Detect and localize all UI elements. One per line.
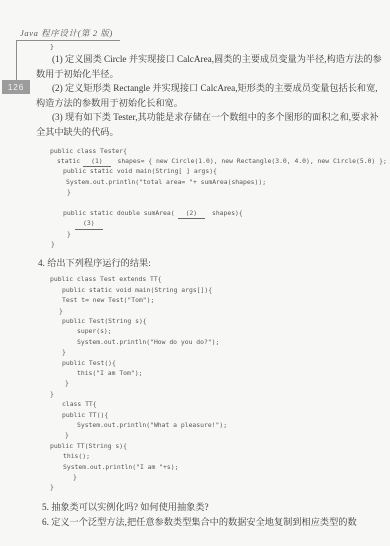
code-line: } bbox=[50, 187, 376, 197]
code-text: System.out.println("I am "+s); bbox=[63, 463, 178, 471]
code-line: System.out.println("What a pleasure!"); bbox=[50, 420, 376, 430]
fill-in-blank: (2) bbox=[178, 208, 206, 219]
code-line: (3) bbox=[50, 218, 376, 228]
code-line: } bbox=[50, 378, 376, 388]
code-line: public static void main(String args[]){ bbox=[50, 285, 376, 295]
code-line: public static void main(String[ ] args){ bbox=[50, 166, 376, 176]
paragraph-line: 数用于初始化半径。 bbox=[36, 67, 376, 82]
code-line: super(s); bbox=[50, 326, 376, 336]
header-rule bbox=[17, 40, 120, 41]
code-text: } bbox=[73, 473, 77, 481]
code-text: public Test(){ bbox=[62, 359, 116, 367]
questions-list: 5. 抽象类可以实例化吗? 如何使用抽象类?6. 定义一个泛型方法,把任意参数类… bbox=[36, 500, 376, 531]
code-text: } bbox=[51, 240, 55, 248]
code-text: public Test(String s){ bbox=[62, 317, 147, 325]
code-line: static(1) shapes= { new Circle(1.0), new… bbox=[50, 156, 376, 166]
code-text: } bbox=[65, 379, 69, 387]
orphan-closing-brace: } bbox=[36, 42, 376, 52]
code-text: } bbox=[50, 483, 54, 491]
code-line: } bbox=[50, 229, 376, 239]
code-line: class TT{ bbox=[50, 399, 376, 409]
code-text: public class Test extends TT{ bbox=[50, 275, 162, 283]
paragraph-line: 构造方法的参数用于初始化长和宽。 bbox=[36, 96, 376, 111]
page-number-badge: 126 bbox=[2, 80, 30, 94]
code-text: this(); bbox=[63, 452, 90, 460]
question-line: 5. 抽象类可以实例化吗? 如何使用抽象类? bbox=[36, 500, 376, 516]
code-text: } bbox=[67, 188, 71, 196]
code-text: } bbox=[65, 431, 69, 439]
paragraph-line: (1) 定义圆类 Circle 并实现接口 CalcArea,圆类的主要成员变量… bbox=[36, 52, 376, 67]
code-line: } bbox=[50, 347, 376, 357]
code-line: } bbox=[50, 306, 376, 316]
code-line: public class Test extends TT{ bbox=[50, 274, 376, 284]
exercise-paragraphs: (1) 定义圆类 Circle 并实现接口 CalcArea,圆类的主要成员变量… bbox=[36, 52, 376, 140]
code-line: } bbox=[50, 472, 376, 482]
code-text: System.out.println("total area= "+ sumAr… bbox=[66, 178, 266, 186]
code-line: public TT(){ bbox=[50, 410, 376, 420]
code-line: this("I am Tom"); bbox=[50, 368, 376, 378]
margin-rule bbox=[16, 40, 17, 80]
paragraph-line: 全其中缺失的代码。 bbox=[36, 125, 376, 140]
code-text: } bbox=[67, 230, 71, 238]
code-line: public class Tester{ bbox=[50, 146, 376, 156]
code-line bbox=[50, 198, 376, 208]
code-line: } bbox=[50, 239, 376, 249]
code-text: System.out.println("What a pleasure!"); bbox=[77, 421, 227, 429]
code-text: Test t= new Test("Tom"); bbox=[62, 296, 154, 304]
code-text: } bbox=[59, 307, 63, 315]
code-line: } bbox=[50, 389, 376, 399]
code-block-tester: public class Tester{static(1) shapes= { … bbox=[36, 146, 376, 250]
code-line: public Test(){ bbox=[50, 358, 376, 368]
code-line: } bbox=[50, 482, 376, 492]
page-header-title: Java 程序设计(第 2 版) bbox=[20, 27, 113, 39]
code-line: System.out.println("How do you do?"); bbox=[50, 337, 376, 347]
code-text: class TT{ bbox=[62, 400, 97, 408]
code-text: this("I am Tom"); bbox=[77, 369, 142, 377]
code-text: shapes){ bbox=[208, 209, 243, 217]
code-line: public TT(String s){ bbox=[50, 441, 376, 451]
paragraph-line: (2) 定义矩形类 Rectangle 并实现接口 CalcArea,矩形类的主… bbox=[36, 81, 376, 96]
textbook-page: Java 程序设计(第 2 版) 126 } (1) 定义圆类 Circle 并… bbox=[0, 0, 390, 546]
code-line: System.out.println("total area= "+ sumAr… bbox=[50, 177, 376, 187]
paragraph-line: (3) 现有如下类 Tester,其功能是求存储在一个数组中的多个图形的面积之和… bbox=[36, 110, 376, 125]
code-text: public TT(){ bbox=[62, 411, 108, 419]
code-text: } bbox=[50, 390, 54, 398]
page-content: } (1) 定义圆类 Circle 并实现接口 CalcArea,圆类的主要成员… bbox=[36, 42, 376, 531]
code-text: super(s); bbox=[77, 327, 112, 335]
code-line: System.out.println("I am "+s); bbox=[50, 462, 376, 472]
code-text: public static void main(String[ ] args){ bbox=[63, 167, 217, 175]
code-text: public TT(String s){ bbox=[50, 442, 127, 450]
code-line: } bbox=[50, 430, 376, 440]
question-4-title: 4. 给出下列程序运行的结果: bbox=[36, 256, 376, 270]
code-text: public static void main(String args[]){ bbox=[62, 286, 212, 294]
fill-in-blank: (3) bbox=[75, 218, 103, 229]
code-line: this(); bbox=[50, 451, 376, 461]
code-text: public class Tester{ bbox=[50, 147, 127, 155]
code-text: public static double sumArea( bbox=[63, 209, 175, 217]
code-block-test-tt: public class Test extends TT{public stat… bbox=[36, 274, 376, 492]
code-text: static bbox=[57, 157, 80, 165]
code-text: } bbox=[62, 348, 66, 356]
code-text: System.out.println("How do you do?"); bbox=[77, 338, 219, 346]
code-text: shapes= { new Circle(1.0), new Rectangle… bbox=[114, 157, 387, 165]
code-line: public static double sumArea((2) shapes)… bbox=[50, 208, 376, 218]
code-line: Test t= new Test("Tom"); bbox=[50, 295, 376, 305]
question-line: 6. 定义一个泛型方法,把任意参数类型集合中的数据安全地复制到相应类型的数 bbox=[36, 515, 376, 531]
code-line: public Test(String s){ bbox=[50, 316, 376, 326]
